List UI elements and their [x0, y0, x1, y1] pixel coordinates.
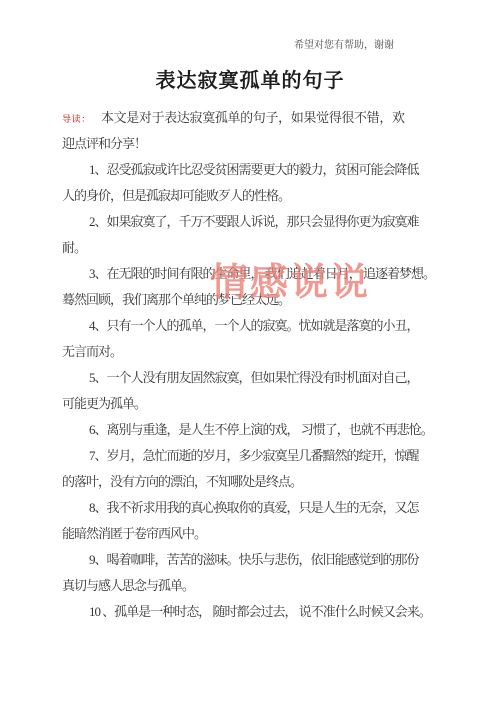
- text-line: 2、如果寂寞了，千万不要跟人诉说，那只会显得你更为寂寞难: [62, 209, 404, 235]
- lead-line: 迎点评和分享！: [62, 131, 404, 157]
- text-line: 8、我不祈求用我的真心换取你的真爱，只是人生的无奈，又怎: [62, 495, 404, 521]
- paragraph: 6、离别与重逢，是人生不停上演的戏， 习惯了，也就不再悲怆。: [62, 417, 404, 443]
- paragraph: 7、岁月，急忙而逝的岁月，多少寂寞呈几番黯然的绽开，惊醒的落叶，没有方向的漂泊，…: [62, 443, 404, 495]
- paragraph: 2、如果寂寞了，千万不要跟人诉说，那只会显得你更为寂寞难耐。: [62, 209, 404, 261]
- text-line: 4、只有一个人的孤单，一个人的寂寞。忧如就是落寞的小丑，: [62, 313, 404, 339]
- text-line: 7、岁月，急忙而逝的岁月，多少寂寞呈几番黯然的绽开，惊醒: [62, 443, 404, 469]
- page-title: 表达寂寞孤单的句子: [0, 64, 500, 93]
- header-note: 希望对您有帮助，谢谢: [294, 36, 394, 51]
- text-line: 无言而对。: [62, 339, 404, 365]
- text-line: 真切与感人思念与孤单。: [62, 573, 404, 599]
- text-line: 9、喝着咖啡，苦苦的滋味。快乐与悲伤，依旧能感觉到的那份: [62, 547, 404, 573]
- paragraph: 4、只有一个人的孤单，一个人的寂寞。忧如就是落寞的小丑，无言而对。: [62, 313, 404, 365]
- text-line: 可能更为孤单。: [62, 391, 404, 417]
- paragraph: 5、一个人没有朋友固然寂寞，但如果忙得没有时机面对自己，可能更为孤单。: [62, 365, 404, 417]
- text-line: 1、忍受孤寂或许比忍受贫困需要更大的毅力，贫困可能会降低: [62, 157, 404, 183]
- text-line: 人的身价，但是孤寂却可能败歹人的性格。: [62, 183, 404, 209]
- paragraph: 8、我不祈求用我的真心换取你的真爱，只是人生的无奈，又怎能暗然消匿于卷帘西风中。: [62, 495, 404, 547]
- document-body: 导读：本文是对于表达寂寞孤单的句子，如果觉得很不错，欢迎点评和分享！ 1、忍受孤…: [62, 105, 404, 625]
- lead-label: 导读：: [62, 114, 91, 124]
- paragraph: 1、忍受孤寂或许比忍受贫困需要更大的毅力，贫困可能会降低人的身价，但是孤寂却可能…: [62, 157, 404, 209]
- text-line: 蓦然回顾，我们离那个单纯的梦已经太远。: [62, 287, 404, 313]
- text-line: 能暗然消匿于卷帘西风中。: [62, 521, 404, 547]
- text-line: 5、一个人没有朋友固然寂寞，但如果忙得没有时机面对自己，: [62, 365, 404, 391]
- paragraph: 9、喝着咖啡，苦苦的滋味。快乐与悲伤，依旧能感觉到的那份真切与感人思念与孤单。: [62, 547, 404, 599]
- text-line: 耐。: [62, 235, 404, 261]
- text-line: 3、在无限的时间有限的生命里， 我们追赶着日月， 追逐着梦想。: [62, 261, 404, 287]
- text-line: 10 、孤单是一种时态， 随时都会过去， 说不准什么时候又会来。: [62, 599, 404, 625]
- text-line: 的落叶，没有方向的漂泊，不知哪处是终点。: [62, 469, 404, 495]
- paragraph-list: 1、忍受孤寂或许比忍受贫困需要更大的毅力，贫困可能会降低人的身价，但是孤寂却可能…: [62, 157, 404, 625]
- paragraph: 3、在无限的时间有限的生命里， 我们追赶着日月， 追逐着梦想。蓦然回顾，我们离那…: [62, 261, 404, 313]
- text-line: 6、离别与重逢，是人生不停上演的戏， 习惯了，也就不再悲怆。: [62, 417, 404, 443]
- document-page: 希望对您有帮助，谢谢 表达寂寞孤单的句子 导读：本文是对于表达寂寞孤单的句子，如…: [0, 0, 500, 707]
- lead-paragraph: 导读：本文是对于表达寂寞孤单的句子，如果觉得很不错，欢迎点评和分享！: [62, 105, 404, 157]
- paragraph: 10 、孤单是一种时态， 随时都会过去， 说不准什么时候又会来。: [62, 599, 404, 625]
- lead-line: 导读：本文是对于表达寂寞孤单的句子，如果觉得很不错，欢: [62, 105, 404, 131]
